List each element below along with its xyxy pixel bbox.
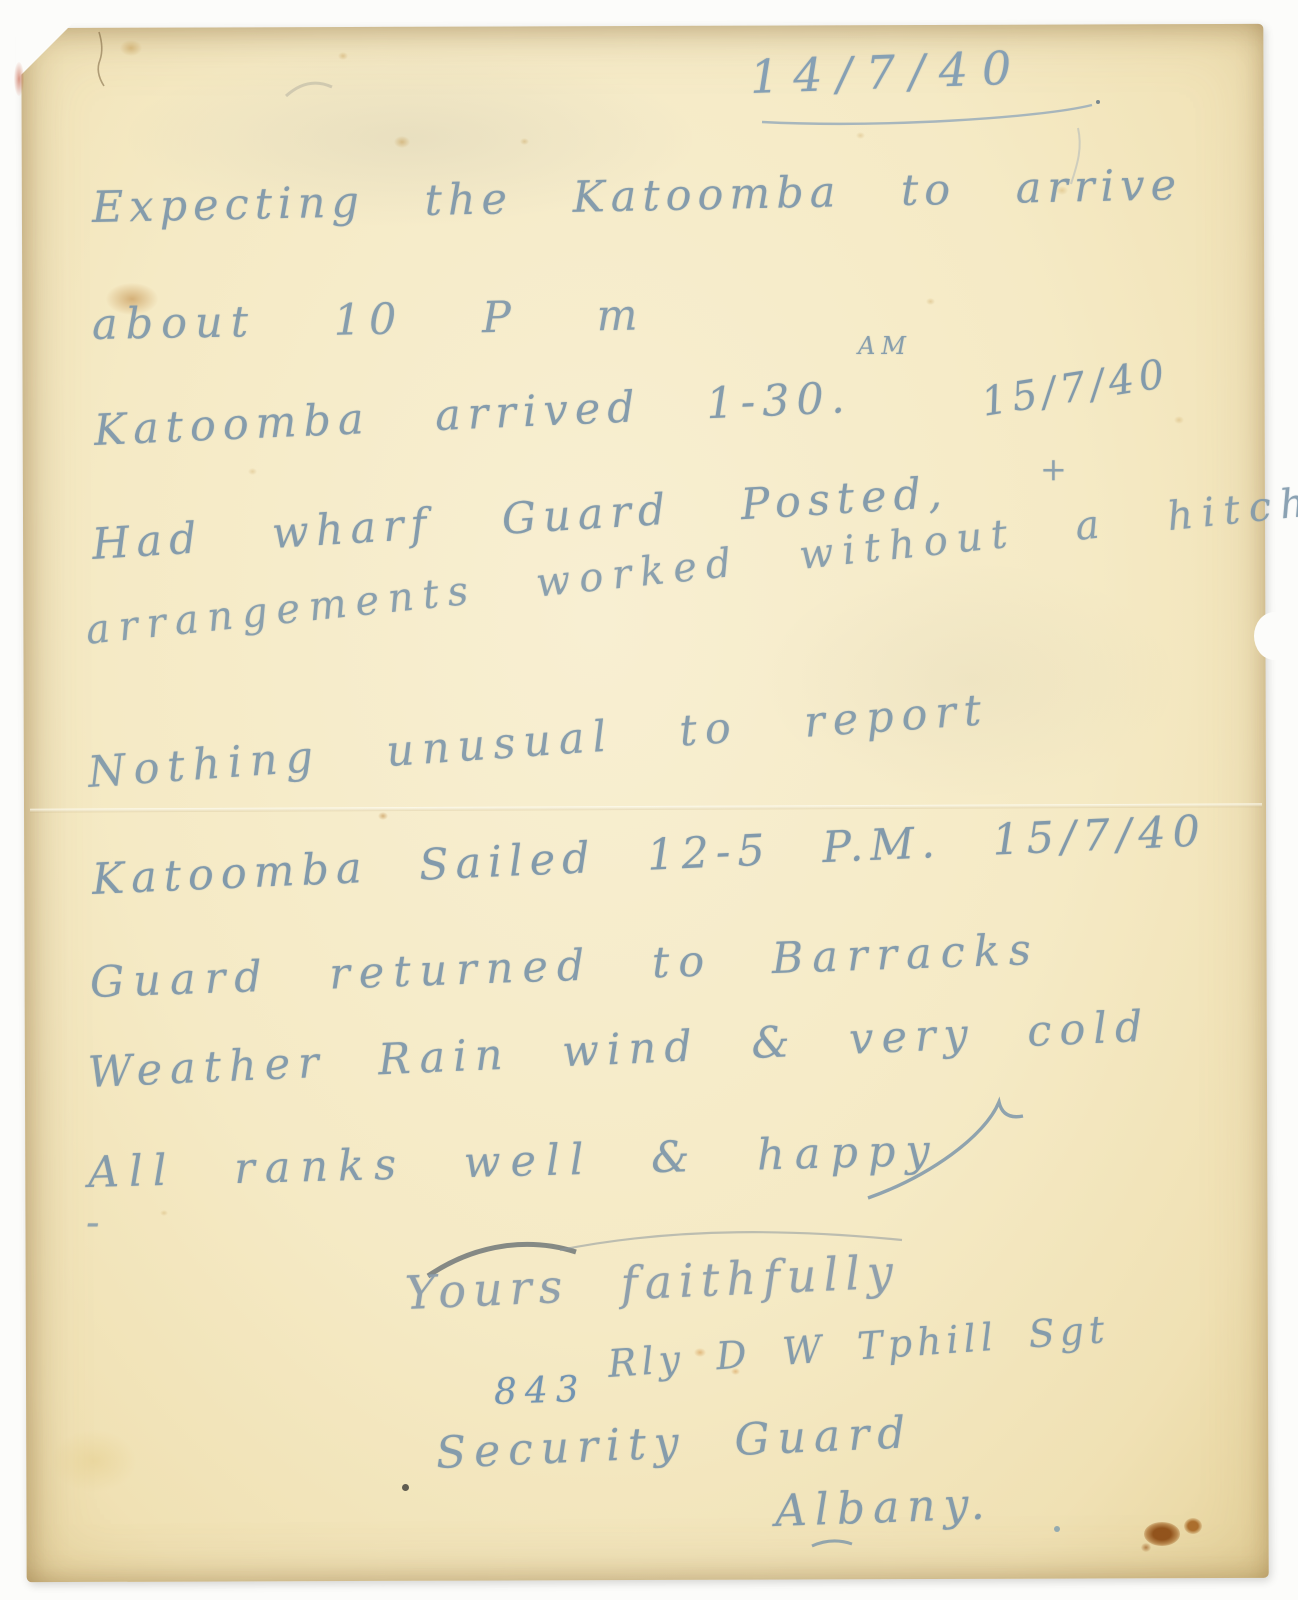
body-line-2: about 10 P m [92, 290, 646, 350]
plus-mark: + [1040, 450, 1067, 488]
edge-tear-notch [1254, 612, 1288, 660]
letter-date: 14/7/40 [749, 40, 1026, 104]
signature-number: 843 [493, 1369, 587, 1413]
scanned-letter: 14/7/40 Expecting the Katoomba to arrive… [0, 0, 1298, 1600]
dash-mark: - [86, 1200, 100, 1246]
signature-place: Albany. [774, 1478, 993, 1537]
red-edge-mark [14, 62, 24, 96]
am-annotation: AM [858, 332, 912, 360]
